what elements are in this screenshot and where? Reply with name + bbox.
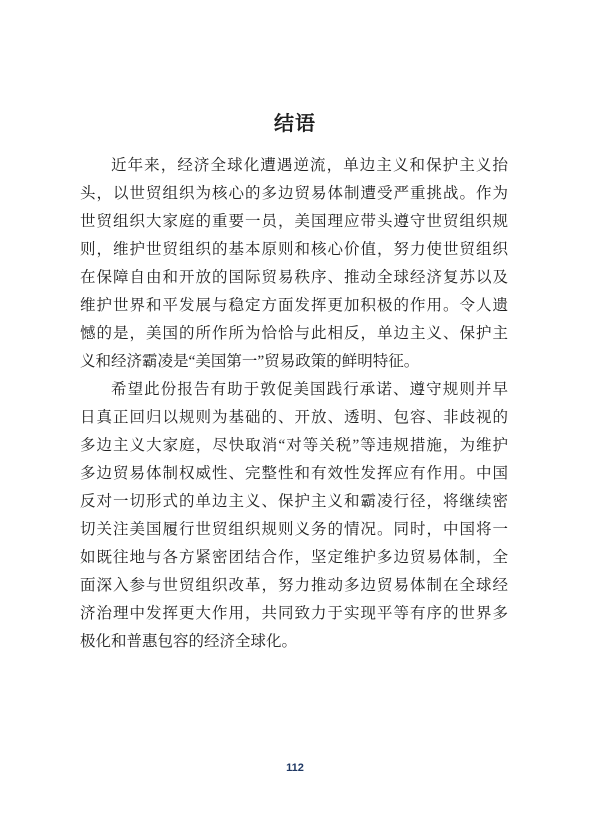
text-line: 反对一切形式的单边主义、保护主义和霸凌行径，将继续密 — [80, 488, 508, 516]
text-line: 多边主义大家庭，尽快取消“对等关税”等违规措施，为维护 — [80, 432, 508, 460]
text-line: 面深入参与世贸组织改革，努力推动多边贸易体制在全球经 — [80, 572, 508, 600]
text-line: 则，维护世贸组织的基本原则和核心价值，努力使世贸组织 — [80, 236, 508, 264]
text-line: 多边贸易体制权威性、完整性和有效性发挥应有作用。中国 — [80, 460, 508, 488]
text-line: 头，以世贸组织为核心的多边贸易体制遭受严重挑战。作为 — [80, 180, 508, 208]
document-page: 结语 近年来，经济全球化遭遇逆流，单边主义和保护主义抬 头，以世贸组织为核心的多… — [0, 0, 590, 833]
paragraph: 近年来，经济全球化遭遇逆流，单边主义和保护主义抬 头，以世贸组织为核心的多边贸易… — [80, 152, 508, 376]
page-number: 112 — [0, 762, 590, 775]
text-line: 希望此份报告有助于敦促美国践行承诺、遵守规则并早 — [80, 376, 508, 404]
text-line: 切关注美国履行世贸组织规则义务的情况。同时，中国将一 — [80, 516, 508, 544]
text-line: 世贸组织大家庭的重要一员，美国理应带头遵守世贸组织规 — [80, 208, 508, 236]
body-text: 近年来，经济全球化遭遇逆流，单边主义和保护主义抬 头，以世贸组织为核心的多边贸易… — [80, 152, 508, 656]
text-line: 在保障自由和开放的国际贸易秩序、推动全球经济复苏以及 — [80, 264, 508, 292]
text-line: 义和经济霸凌是“美国第一”贸易政策的鲜明特征。 — [80, 348, 508, 376]
text-line: 济治理中发挥更大作用，共同致力于实现平等有序的世界多 — [80, 600, 508, 628]
paragraph: 希望此份报告有助于敦促美国践行承诺、遵守规则并早 日真正回归以规则为基础的、开放… — [80, 376, 508, 656]
text-line: 维护世界和平发展与稳定方面发挥更加积极的作用。令人遗 — [80, 292, 508, 320]
text-line: 憾的是，美国的所作所为恰恰与此相反，单边主义、保护主 — [80, 320, 508, 348]
text-line: 如既往地与各方紧密团结合作，坚定维护多边贸易体制，全 — [80, 544, 508, 572]
page-title: 结语 — [0, 113, 590, 135]
text-line: 近年来，经济全球化遭遇逆流，单边主义和保护主义抬 — [80, 152, 508, 180]
text-line: 极化和普惠包容的经济全球化。 — [80, 628, 508, 656]
text-line: 日真正回归以规则为基础的、开放、透明、包容、非歧视的 — [80, 404, 508, 432]
